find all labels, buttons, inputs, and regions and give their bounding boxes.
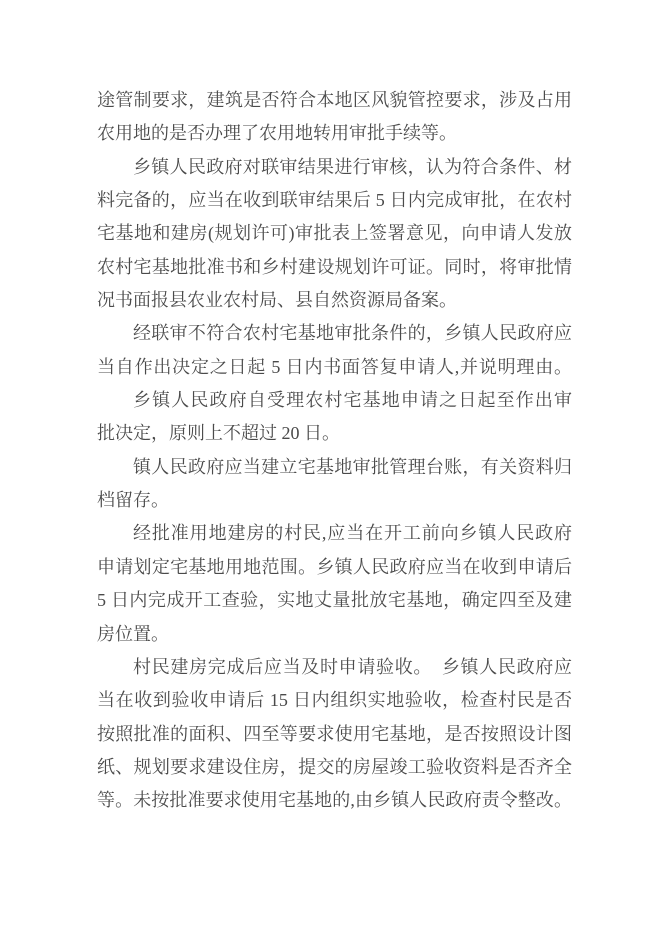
text-line: 当自作出决定之日起 5 日内书面答复申请人,并说明理由。 — [97, 351, 572, 384]
text-line: 镇人民政府应当建立宅基地审批管理台账，有关资料归 — [97, 451, 572, 484]
text-line: 等。未按批准要求使用宅基地的,由乡镇人民政府责令整改。 — [97, 784, 572, 817]
text-line: 乡镇人民政府自受理农村宅基地申请之日起至作出审 — [97, 384, 572, 417]
text-line: 批决定，原则上不超过 20 日。 — [97, 417, 572, 450]
text-line: 途管制要求，建筑是否符合本地区风貌管控要求，涉及占用 — [97, 84, 572, 117]
text-line: 农用地的是否办理了农用地转用审批手续等。 — [97, 117, 572, 150]
text-line: 乡镇人民政府对联审结果进行审核，认为符合条件、材 — [97, 151, 572, 184]
text-line: 房位置。 — [97, 618, 572, 651]
document-page: 途管制要求，建筑是否符合本地区风貌管控要求，涉及占用 农用地的是否办理了农用地转… — [0, 0, 662, 936]
text-line: 经联审不符合农村宅基地审批条件的，乡镇人民政府应 — [97, 317, 572, 350]
text-line: 料完备的，应当在收到联审结果后 5 日内完成审批，在农村 — [97, 184, 572, 217]
text-line: 纸、规划要求建设住房，提交的房屋竣工验收资料是否齐全 — [97, 751, 572, 784]
text-line: 村民建房完成后应当及时申请验收。 乡镇人民政府应 — [97, 651, 572, 684]
text-line: 5 日内完成开工查验，实地丈量批放宅基地，确定四至及建 — [97, 584, 572, 617]
text-line: 况书面报县农业农村局、县自然资源局备案。 — [97, 284, 572, 317]
text-line: 农村宅基地批准书和乡村建设规划许可证。同时，将审批情 — [97, 251, 572, 284]
text-line: 宅基地和建房(规划许可)审批表上签署意见，向申请人发放 — [97, 217, 572, 250]
text-line: 经批准用地建房的村民,应当在开工前向乡镇人民政府 — [97, 517, 572, 550]
text-line: 当在收到验收申请后 15 日内组织实地验收，检查村民是否 — [97, 684, 572, 717]
text-line: 按照批准的面积、四至等要求使用宅基地，是否按照设计图 — [97, 718, 572, 751]
document-text: 途管制要求，建筑是否符合本地区风貌管控要求，涉及占用 农用地的是否办理了农用地转… — [97, 84, 572, 818]
text-line: 档留存。 — [97, 484, 572, 517]
text-line: 申请划定宅基地用地范围。乡镇人民政府应当在收到申请后 — [97, 551, 572, 584]
